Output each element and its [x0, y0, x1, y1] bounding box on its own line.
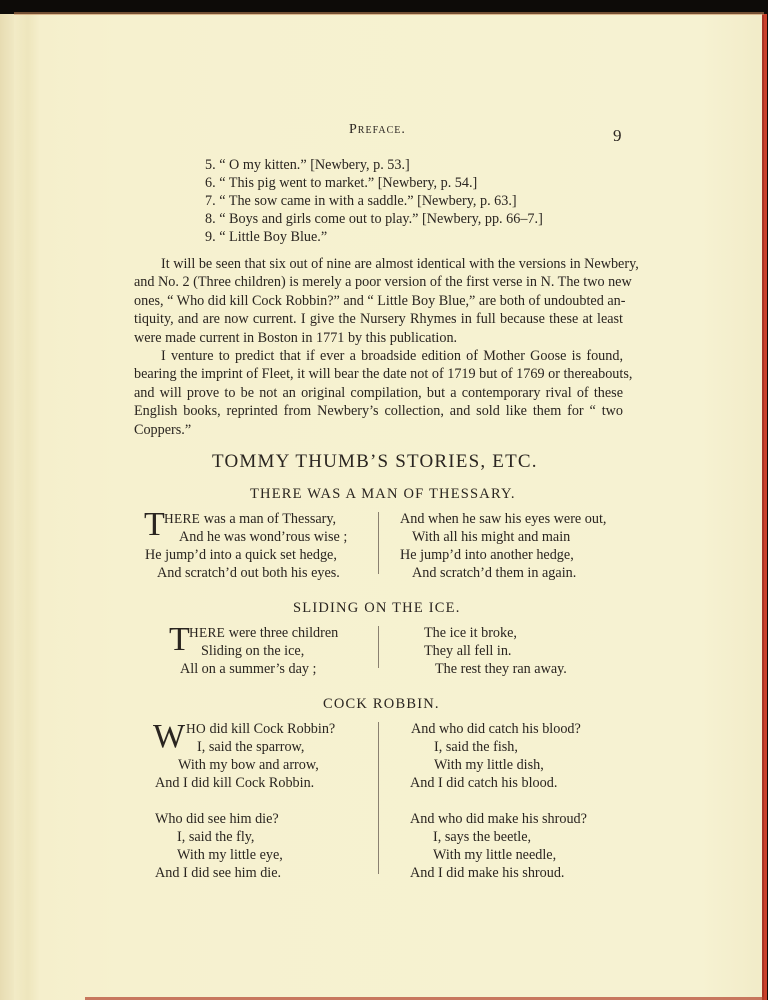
verse-line: And I did kill Cock Robbin. — [155, 775, 314, 792]
verse-text: was a man of Thessary, — [200, 511, 336, 527]
verse-text: did kill Cock Robbin? — [206, 721, 335, 737]
verse-line: He jump’d into another hedge, — [400, 547, 574, 564]
verse-line: I, says the beetle, — [433, 829, 531, 846]
verse-line: They all fell in. — [424, 643, 511, 660]
paragraph-line: English books, reprinted from Newbery’s … — [134, 402, 623, 420]
list-number: 6. — [205, 175, 216, 191]
verse-smallcaps: HO — [186, 721, 206, 736]
paragraph-line: ones, “ Who did kill Cock Robbin?” and “… — [134, 292, 623, 310]
verse-line: And when he saw his eyes were out, — [400, 511, 606, 528]
list-item: 7. “ The sow came in with a saddle.” [Ne… — [205, 193, 517, 210]
drop-cap: W — [153, 722, 185, 752]
list-text: “ This pig went to market.” [Newbery, p.… — [219, 175, 477, 191]
section-title: TOMMY THUMB’S STORIES, ETC. — [212, 451, 538, 473]
paragraph-line: tiquity, and are now current. I give the… — [134, 310, 623, 328]
paragraph: It will be seen that six out of nine are… — [134, 255, 623, 347]
paragraph: I venture to predict that if ever a broa… — [134, 347, 623, 439]
list-text: “ The sow came in with a saddle.” [Newbe… — [219, 193, 516, 209]
column-divider — [378, 722, 379, 874]
page-top-edge — [14, 12, 764, 15]
column-divider — [378, 626, 379, 668]
poem-title: COCK ROBBIN. — [323, 696, 440, 713]
paragraph-line: were made current in Boston in 1771 by t… — [134, 329, 623, 347]
verse-line: The ice it broke, — [424, 625, 517, 642]
paragraph-line: Coppers.” — [134, 421, 623, 439]
verse-line: Sliding on the ice, — [201, 643, 304, 660]
list-number: 5. — [205, 157, 216, 173]
verse-line: And who did catch his blood? — [411, 721, 581, 738]
verse-line: With all his might and main — [412, 529, 570, 546]
drop-cap: T — [144, 510, 165, 540]
verse-line: With my bow and arrow, — [178, 757, 319, 774]
verse-line: All on a summer’s day ; — [180, 661, 316, 678]
verse-text: were three children — [225, 625, 338, 641]
drop-cap: T — [169, 625, 190, 655]
verse-line: The rest they ran away. — [435, 661, 567, 678]
paragraph-line: and will prove to be not an original com… — [134, 384, 623, 402]
paragraph-line: and No. 2 (Three children) is merely a p… — [134, 273, 623, 291]
poem-title: SLIDING ON THE ICE. — [293, 600, 461, 617]
paragraph-line: bearing the imprint of Fleet, it will be… — [134, 365, 623, 383]
list-item: 5. “ O my kitten.” [Newbery, p. 53.] — [205, 157, 410, 174]
running-head: Preface. — [349, 122, 406, 138]
list-item: 9. “ Little Boy Blue.” — [205, 229, 327, 246]
paragraph-line: It will be seen that six out of nine are… — [134, 255, 623, 273]
page-number: 9 — [613, 126, 622, 146]
list-item: 6. “ This pig went to market.” [Newbery,… — [205, 175, 477, 192]
verse-line: With my little dish, — [434, 757, 544, 774]
list-text: “ O my kitten.” [Newbery, p. 53.] — [219, 157, 410, 173]
verse-line: I, said the sparrow, — [197, 739, 304, 756]
list-text: “ Boys and girls come out to play.” [New… — [219, 211, 543, 227]
poem-title: THERE WAS A MAN OF THESSARY. — [250, 486, 516, 503]
list-item: 8. “ Boys and girls come out to play.” [… — [205, 211, 543, 228]
verse-line: With my little eye, — [177, 847, 283, 864]
verse-line: And I did catch his blood. — [410, 775, 557, 792]
verse-line: I, said the fish, — [434, 739, 518, 756]
verse-smallcaps: HERE — [164, 511, 200, 526]
paragraph-line: I venture to predict that if ever a broa… — [134, 347, 623, 365]
column-divider — [378, 512, 379, 574]
verse-line: With my little needle, — [433, 847, 556, 864]
list-text: “ Little Boy Blue.” — [219, 229, 327, 245]
list-number: 9. — [205, 229, 216, 245]
verse-line: And scratch’d them in again. — [412, 565, 576, 582]
verse-line: And I did make his shroud. — [410, 865, 564, 882]
verse-line: I, said the fly, — [177, 829, 254, 846]
verse-line: And scratch’d out both his eyes. — [157, 565, 340, 582]
verse-line: And he was wond’rous wise ; — [179, 529, 347, 546]
verse-line: HERE was a man of Thessary, — [164, 511, 336, 528]
verse-line: And I did see him die. — [155, 865, 281, 882]
list-number: 7. — [205, 193, 216, 209]
verse-line: And who did make his shroud? — [410, 811, 587, 828]
verse-smallcaps: HERE — [189, 625, 225, 640]
verse-line: Who did see him die? — [155, 811, 279, 828]
verse-line: HO did kill Cock Robbin? — [186, 721, 335, 738]
verse-line: HERE were three children — [189, 625, 338, 642]
list-number: 8. — [205, 211, 216, 227]
verse-line: He jump’d into a quick set hedge, — [145, 547, 337, 564]
